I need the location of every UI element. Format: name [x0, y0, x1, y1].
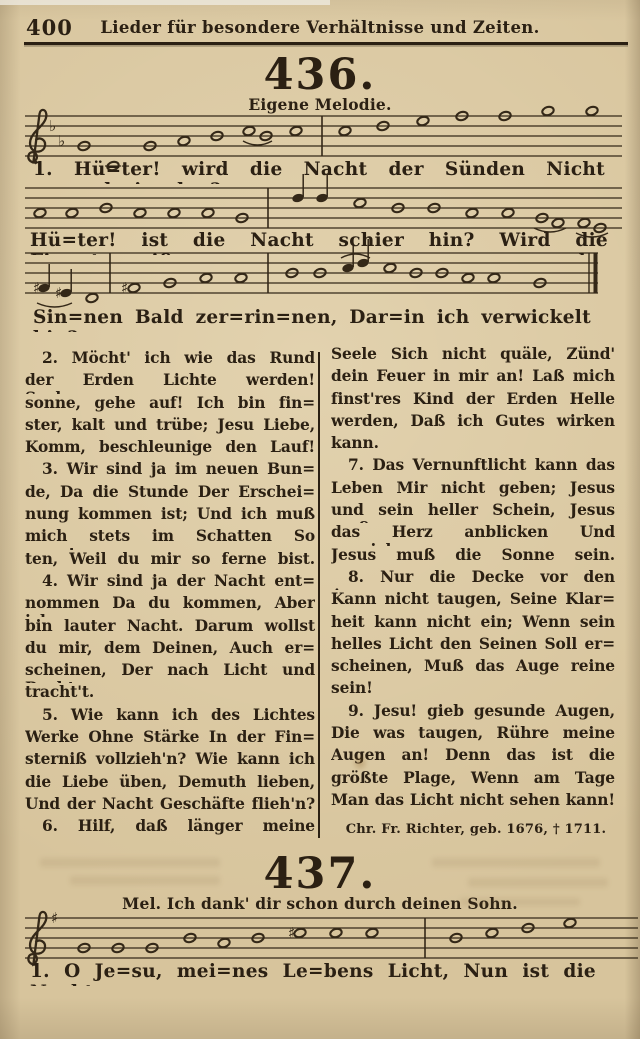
- note-head: [338, 126, 351, 137]
- sung-text-line-2: Hü=ter! ist die Nacht schier hin? Wird d…: [30, 230, 608, 255]
- verse-line: 2. Möcht' ich wie das Rund: [25, 349, 315, 371]
- scan-top-edge: [0, 0, 330, 5]
- note-head: [65, 208, 78, 219]
- note-head: [365, 928, 378, 939]
- note-head: [487, 273, 500, 284]
- verse-line: 8. Nur die Decke vor den Augen: [331, 568, 615, 590]
- sung-text-line-3: Sin=nen Bald zer=rin=nen, Dar=in ich ver…: [33, 307, 591, 332]
- note-head: [551, 218, 564, 229]
- hymn-437-number: 437.: [0, 849, 640, 899]
- verse-line: kann.: [331, 434, 615, 456]
- verse-line: Kann nicht taugen, Seine Klar=: [331, 590, 615, 612]
- verse-line: Man das Licht nicht sehen kann!: [331, 791, 615, 813]
- note-head: [242, 126, 255, 137]
- verse-line: 6. Hilf, daß länger meine: [25, 817, 315, 839]
- verse-line: Komm, beschleunige den Lauf!: [25, 438, 315, 460]
- note-head: [167, 208, 180, 219]
- note-head: [585, 106, 598, 117]
- verse-line: größte Plage, Wenn am Tage: [331, 769, 615, 791]
- verse-line: nommen Da du kommen, Aber ich: [25, 594, 315, 616]
- verse-line: sein!: [331, 679, 615, 701]
- verse-line: Und der Nacht Geschäfte flieh'n?: [25, 795, 315, 817]
- verse-line: tracht't.: [25, 683, 315, 705]
- header-title: Lieder für besondere Verhältnisse und Ze…: [0, 18, 640, 37]
- note-head: [85, 293, 98, 304]
- slur-mark: [243, 141, 272, 145]
- verse-line: scheinen, Der nach Licht und Rechte: [25, 661, 315, 683]
- note-head: [127, 283, 140, 294]
- verse-line: Jesus muß die Sonne sein.: [331, 546, 615, 568]
- column-divider-rule: [318, 352, 320, 838]
- verse-line: bin lauter Nacht. Darum wollst: [25, 617, 315, 639]
- verse-line: 7. Das Vernunftlicht kann das: [331, 456, 615, 478]
- verse-line: dein Feuer in mir an! Laß mich: [331, 367, 615, 389]
- note-head: [133, 208, 146, 219]
- verse-line: 9. Jesu! gieb gesunde Augen,: [331, 702, 615, 724]
- verse-line: helles Licht den Seinen Soll er=: [331, 635, 615, 657]
- verse-line: 3. Wir sind ja im neuen Bun=: [25, 460, 315, 482]
- verse-line: scheinen, Muß das Auge reine: [331, 657, 615, 679]
- verse-line: mich stets im Schatten So ermat=: [25, 527, 315, 549]
- note-head: [353, 198, 366, 209]
- note-head: [217, 938, 230, 949]
- verse-line: Werke Ohne Stärke In der Fin=: [25, 728, 315, 750]
- note-head: [465, 208, 478, 219]
- page-bleedthrough: [460, 898, 580, 906]
- verse-line: der Erden Lichte werden! Seelen=: [25, 371, 315, 393]
- verse-line: 5. Wie kann ich des Lichtes: [25, 706, 315, 728]
- verse-line: Die was taugen, Rühre meine: [331, 724, 615, 746]
- note-head: [289, 126, 302, 137]
- paper-stain: [352, 754, 368, 772]
- note-head: [461, 273, 474, 284]
- page-bleedthrough: [40, 858, 220, 867]
- note-head: [541, 106, 554, 117]
- verse-line: sterniß vollzieh'n? Wie kann ich: [25, 750, 315, 772]
- verse-line: de, Da die Stunde Der Erschei=: [25, 483, 315, 505]
- verse-line: ster, kalt und trübe; Jesu Liebe,: [25, 416, 315, 438]
- header-rule: [24, 42, 628, 45]
- note-head: [563, 918, 576, 929]
- note-head: [383, 263, 396, 274]
- note-head: [177, 136, 190, 147]
- sung-text-line-1: 1. Hü=ter! wird die Nacht der Sünden Nic…: [33, 159, 605, 184]
- verse-line: Leben Mir nicht geben; Jesus: [331, 479, 615, 501]
- hymn-436-number: 436.: [0, 50, 640, 100]
- sung-text-line-4: 1. O Je=su, mei=nes Le=bens Licht, Nun i…: [30, 961, 596, 986]
- verse-column-right: Seele Sich nicht quäle, Zünd'dein Feuer …: [331, 345, 615, 813]
- note-head: [201, 208, 214, 219]
- verse-line: finst'res Kind der Erden Helle: [331, 390, 615, 412]
- note-head: [485, 928, 498, 939]
- verse-line: heit kann nicht ein; Wenn sein: [331, 613, 615, 635]
- note-head: [199, 273, 212, 284]
- verse-line: Seele Sich nicht quäle, Zünd': [331, 345, 615, 367]
- verse-line: das Herz anblicken Und erquicken;: [331, 523, 615, 545]
- note-head: [329, 928, 342, 939]
- verse-line: Augen an! Denn das ist die: [331, 746, 615, 768]
- page-bleedthrough: [468, 878, 608, 887]
- verse-line: 4. Wir sind ja der Nacht ent=: [25, 572, 315, 594]
- note-head: [293, 928, 306, 939]
- page-bleedthrough: [70, 876, 220, 885]
- verse-line: nung kommen ist; Und ich muß: [25, 505, 315, 527]
- accidental-icon: ♯: [121, 279, 128, 297]
- accidental-icon: ♭: [49, 117, 56, 135]
- hymnal-page-scan: { "page": { "number": "400", "header_tit…: [0, 0, 640, 1039]
- verse-line: und sein heller Schein, Jesus muß: [331, 501, 615, 523]
- verse-line: sonne, gehe auf! Ich bin fin=: [25, 394, 315, 416]
- verse-line: die Liebe üben, Demuth lieben,: [25, 773, 315, 795]
- note-head: [416, 116, 429, 127]
- note-head: [234, 273, 247, 284]
- author-attribution: Chr. Fr. Richter, geb. 1676, † 1711.: [334, 822, 618, 837]
- note-head: [577, 218, 590, 229]
- note-head: [33, 208, 46, 219]
- verse-line: du mir, dem Deinen, Auch er=: [25, 639, 315, 661]
- verse-column-left: 2. Möcht' ich wie das Rundder Erden Lich…: [25, 349, 315, 840]
- verse-line: ten, Weil du mir so ferne bist.: [25, 550, 315, 572]
- note-head: [501, 208, 514, 219]
- accidental-icon: ♭: [58, 132, 65, 150]
- verse-line: werden, Daß ich Gutes wirken: [331, 412, 615, 434]
- page-bleedthrough: [432, 858, 600, 867]
